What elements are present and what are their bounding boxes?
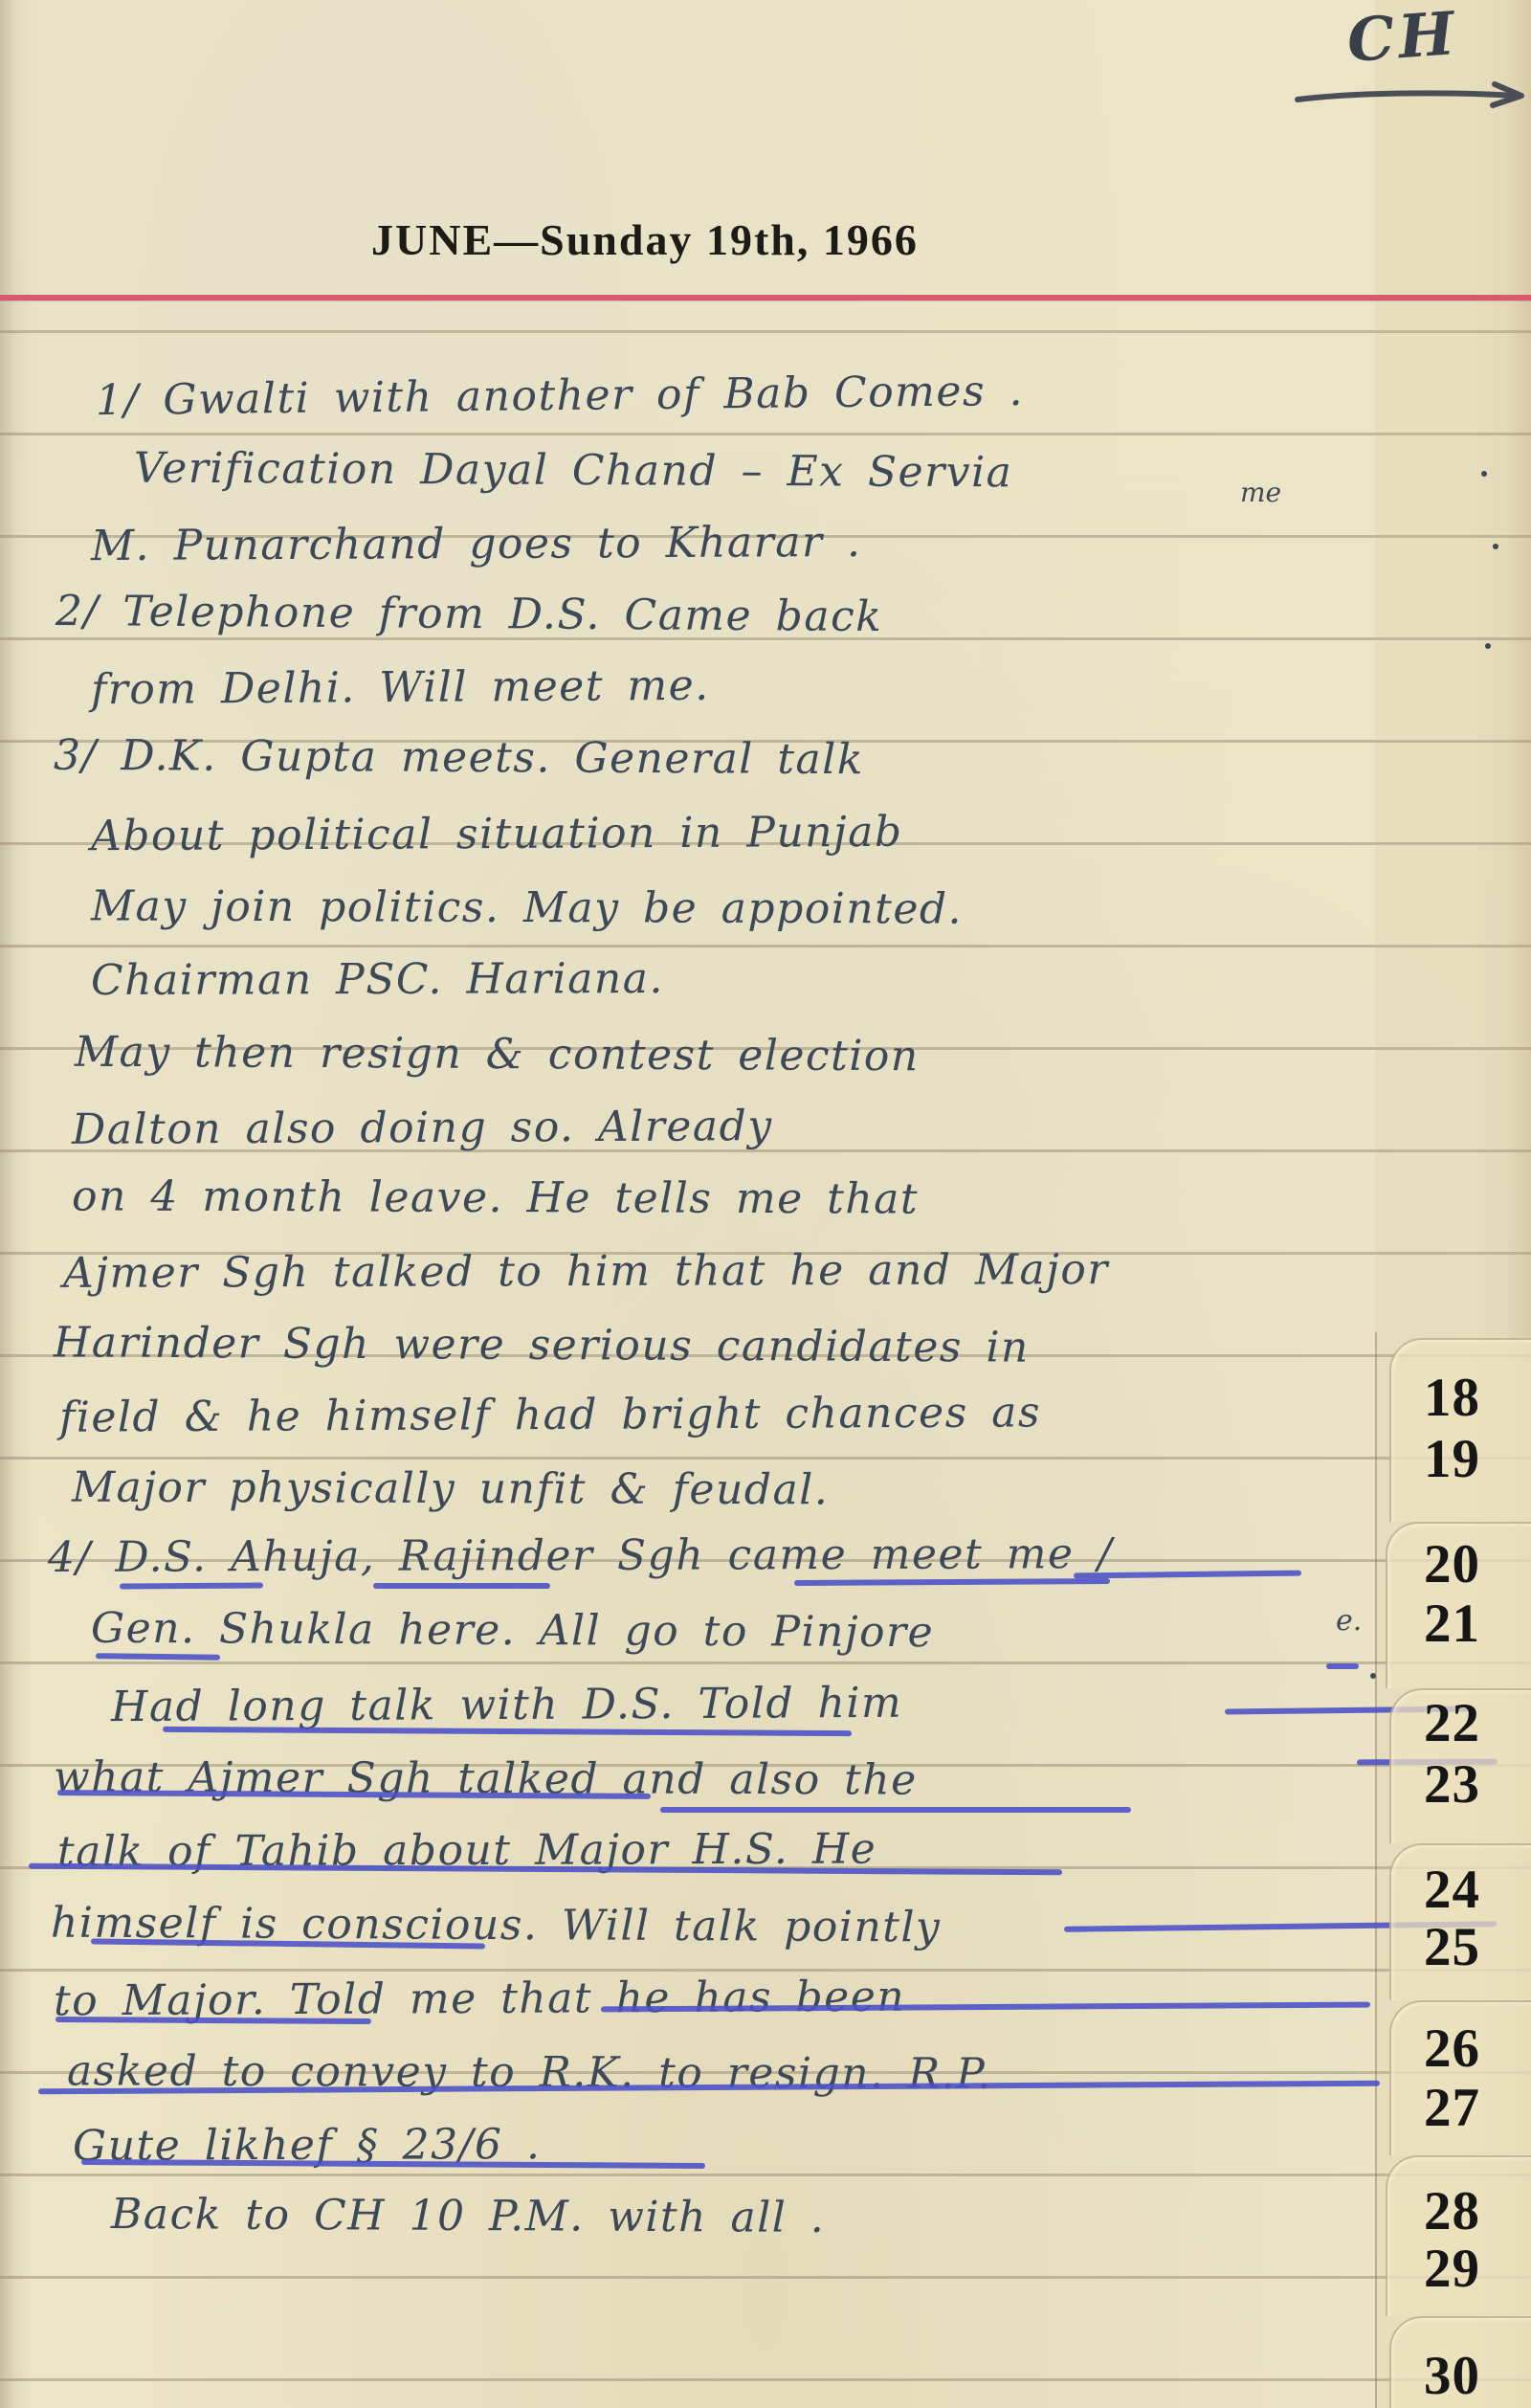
ink-dot — [1481, 471, 1487, 477]
handwritten-line: field & he himself had bright chances as — [59, 1388, 1041, 1441]
ink-dot — [1370, 1673, 1376, 1679]
handwritten-line: Harinder Sgh were serious candidates in — [54, 1318, 1030, 1371]
handwritten-line: 1/ Gwalti with another of Bab Comes . — [96, 367, 1024, 425]
handwritten-line: 2/ Telephone from D.S. Came back — [55, 587, 883, 641]
blue-underline — [373, 1583, 550, 1589]
tab-number: 21 — [1424, 1593, 1480, 1655]
handwritten-line: Verification Dayal Chand – Ex Servia — [134, 444, 1013, 498]
tab-number: 28 — [1424, 2180, 1480, 2242]
tab-number: 24 — [1424, 1859, 1480, 1921]
handwritten-line: on 4 month leave. He tells me that — [72, 1171, 919, 1223]
tab-number: 20 — [1424, 1533, 1480, 1595]
tab-number: 30 — [1424, 2345, 1480, 2407]
ink-dot — [1485, 643, 1491, 649]
tab-number: 29 — [1424, 2238, 1480, 2300]
tab-number: 19 — [1424, 1428, 1480, 1490]
handwritten-line: Chairman PSC. Hariana. — [91, 954, 664, 1005]
ink-dot — [1493, 544, 1498, 549]
tab-number: 26 — [1424, 2018, 1480, 2080]
tab-number: 25 — [1424, 1916, 1480, 1978]
handwritten-line: May then resign & contest election — [75, 1028, 920, 1081]
handwritten-line: 3/ D.K. Gupta meets. General talk — [54, 731, 864, 784]
handwritten-line: May join politics. May be appointed. — [91, 881, 963, 933]
tab-number: 18 — [1424, 1367, 1480, 1429]
handwritten-line: Major physically unfit & feudal. — [72, 1463, 829, 1515]
tab-edge-line — [1375, 1332, 1377, 2408]
blue-underline — [120, 1583, 263, 1590]
superscript-note: me — [1240, 477, 1281, 508]
page-header-date: JUNE—Sunday 19th, 1966 — [371, 214, 919, 265]
handwritten-line: from Delhi. Will meet me. — [91, 661, 710, 715]
handwritten-line: Dalton also doing so. Already — [72, 1102, 773, 1154]
handwritten-line: About political situation in Punjab — [91, 808, 903, 860]
handwritten-line: Ajmer Sgh talked to him that he and Majo… — [63, 1245, 1109, 1298]
handwritten-line: 4/ D.S. Ahuja, Rajinder Sgh came meet me… — [48, 1529, 1113, 1582]
stray-mark: e. — [1336, 1604, 1362, 1638]
tab-number: 27 — [1424, 2077, 1480, 2139]
handwritten-line: Back to CH 10 P.M. with all . — [111, 2190, 826, 2242]
blue-underline — [660, 1807, 1131, 1813]
red-header-rule — [0, 295, 1531, 301]
tab-number: 23 — [1424, 1753, 1480, 1816]
tab-number: 22 — [1424, 1692, 1480, 1754]
corner-mark: CH — [1345, 0, 1461, 76]
corner-arrow-icon — [1292, 75, 1531, 113]
diary-page: JUNE—Sunday 19th, 1966 CH 1/ Gwalti with… — [0, 0, 1531, 2408]
handwritten-line: M. Punarchand goes to Kharar . — [91, 518, 862, 570]
stray-blue-dash — [1326, 1663, 1359, 1669]
handwritten-line: Gen. Shukla here. All go to Pinjore — [91, 1604, 934, 1658]
handwritten-line: Had long talk with D.S. Told him — [111, 1679, 902, 1731]
